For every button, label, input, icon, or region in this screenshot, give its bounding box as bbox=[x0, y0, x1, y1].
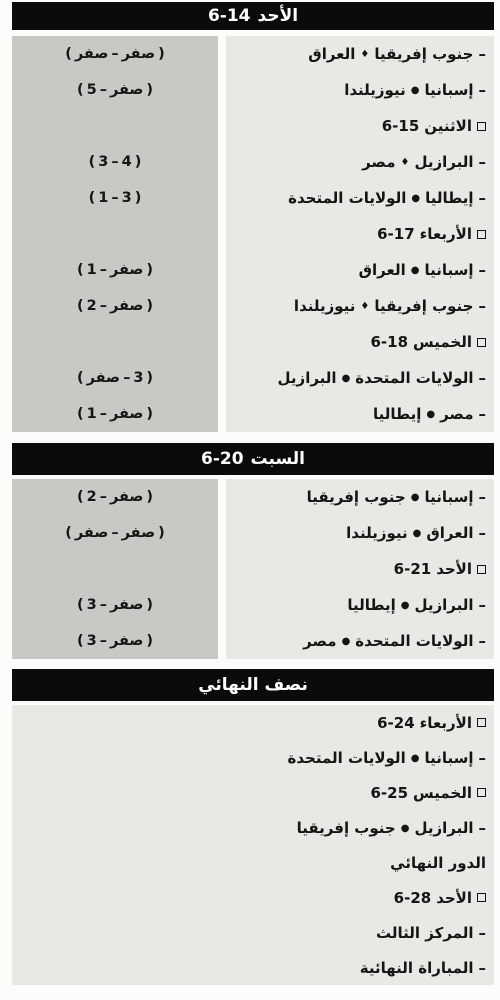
open-paren: ( bbox=[77, 597, 84, 613]
score-dash: – bbox=[111, 154, 118, 170]
match-row: –البرازيل♦مصر bbox=[226, 144, 494, 180]
score-cell: (3–4) bbox=[12, 144, 218, 180]
score-left-value: 2 bbox=[87, 298, 97, 314]
date-row: الاثنين6-15 bbox=[226, 108, 494, 144]
stage-label: الدور النهائي bbox=[12, 845, 494, 880]
date-value: 6-17 bbox=[377, 225, 415, 243]
match-row: –إسبانيا●نيوزيلندا bbox=[226, 72, 494, 108]
score-cell: (3–صفر) bbox=[12, 587, 218, 623]
dash-marker: – bbox=[479, 297, 487, 315]
team-name: مصر bbox=[440, 405, 473, 423]
header-date: 6-20 bbox=[201, 449, 244, 469]
day-name: الأربعاء bbox=[420, 714, 472, 732]
square-icon bbox=[477, 230, 486, 239]
dash-marker: – bbox=[479, 488, 487, 506]
day-name: الأربعاء bbox=[420, 225, 472, 243]
score-left-value: صفر bbox=[75, 525, 108, 541]
score-right-value: صفر bbox=[110, 262, 143, 278]
match-row: –إسبانيا●العراق bbox=[226, 252, 494, 288]
bullet-icon: ● bbox=[401, 824, 410, 834]
team-name: إيطاليا bbox=[425, 189, 473, 207]
team-name: الولايات المتحدة bbox=[355, 369, 473, 387]
match-column: –جنوب إفريقيا♦العراق–إسبانيا●نيوزيلنداال… bbox=[226, 36, 494, 432]
open-paren: ( bbox=[77, 298, 84, 314]
score-cell: (صفر–صفر) bbox=[12, 515, 218, 551]
score-dash: – bbox=[100, 298, 107, 314]
team-name: إيطاليا bbox=[347, 596, 395, 614]
close-paren: ) bbox=[135, 190, 142, 206]
score-dash: – bbox=[100, 406, 107, 422]
score-cell: (5–صفر) bbox=[12, 72, 218, 108]
stage-label-text: الدور النهائي bbox=[390, 854, 486, 872]
score-cell: (1–صفر) bbox=[12, 396, 218, 432]
score-right-value: صفر bbox=[110, 406, 143, 422]
dash-marker: – bbox=[479, 524, 487, 542]
open-paren: ( bbox=[77, 262, 84, 278]
section-body: (صفر–صفر)(5–صفر)(3–4)(1–3)(1–صفر)(2–صفر)… bbox=[12, 36, 494, 432]
team-name: العراق bbox=[426, 524, 473, 542]
dash-marker: – bbox=[479, 749, 487, 767]
score-dash: – bbox=[111, 190, 118, 206]
square-icon bbox=[477, 718, 486, 727]
team-name: البرازيل bbox=[278, 369, 337, 387]
newspaper-schedule-page: الأحد6-14(صفر–صفر)(5–صفر)(3–4)(1–3)(1–صف… bbox=[0, 0, 500, 1000]
item-label: المباراة النهائية bbox=[360, 959, 474, 977]
team-name: الولايات المتحدة bbox=[288, 189, 406, 207]
score-left-value: 5 bbox=[87, 82, 97, 98]
close-paren: ) bbox=[135, 154, 142, 170]
open-paren: ( bbox=[65, 46, 72, 62]
bullet-icon: ● bbox=[411, 493, 420, 503]
date-value: 6-15 bbox=[382, 117, 420, 135]
score-left-value: 1 bbox=[87, 262, 97, 278]
score-right-value: صفر bbox=[110, 298, 143, 314]
schedule: الأحد6-14(صفر–صفر)(5–صفر)(3–4)(1–3)(1–صف… bbox=[12, 2, 494, 985]
match-row: –إسبانيا●الولايات المتحدة bbox=[12, 740, 494, 775]
score-left-value: 2 bbox=[87, 489, 97, 505]
close-paren: ) bbox=[146, 262, 153, 278]
date-row: الأربعاء6-24 bbox=[12, 705, 494, 740]
match-row: –جنوب إفريقيا♦نيوزيلندا bbox=[226, 288, 494, 324]
score-left-value: 3 bbox=[98, 154, 108, 170]
dash-marker: – bbox=[479, 959, 487, 977]
match-row: –جنوب إفريقيا♦العراق bbox=[226, 36, 494, 72]
date-value: 6-18 bbox=[370, 333, 408, 351]
header-date: 6-14 bbox=[208, 6, 251, 26]
team-name: جنوب إفريقيا bbox=[297, 819, 396, 837]
date-value: 6-21 bbox=[394, 560, 432, 578]
score-right-value: صفر bbox=[110, 597, 143, 613]
dash-marker: – bbox=[479, 81, 487, 99]
score-cell: (1–صفر) bbox=[12, 252, 218, 288]
date-row: الأحد6-28 bbox=[12, 880, 494, 915]
score-right-value: صفر bbox=[110, 82, 143, 98]
score-right-value: صفر bbox=[122, 46, 155, 62]
match-row: –البرازيل●إيطاليا bbox=[226, 587, 494, 623]
close-paren: ) bbox=[146, 370, 153, 386]
section-body: (2–صفر)(صفر–صفر)(3–صفر)(3–صفر)–إسبانيا●ج… bbox=[12, 479, 494, 659]
square-icon bbox=[477, 565, 486, 574]
score-dash: – bbox=[111, 525, 118, 541]
date-value: 6-28 bbox=[394, 889, 432, 907]
section-header: الأحد6-14 bbox=[12, 2, 494, 30]
team-name: نيوزيلندا bbox=[344, 81, 405, 99]
close-paren: ) bbox=[146, 633, 153, 649]
dash-marker: – bbox=[479, 261, 487, 279]
close-paren: ) bbox=[146, 82, 153, 98]
team-name: العراق bbox=[308, 45, 355, 63]
bullet-icon: ● bbox=[401, 601, 410, 611]
team-name: الولايات المتحدة bbox=[355, 632, 473, 650]
date-row: الأحد6-21 bbox=[226, 551, 494, 587]
score-right-value: 3 bbox=[133, 370, 143, 386]
date-row: الخميس6-18 bbox=[226, 324, 494, 360]
score-dash: – bbox=[100, 82, 107, 98]
dash-marker: – bbox=[479, 369, 487, 387]
open-paren: ( bbox=[77, 633, 84, 649]
date-value: 6-24 bbox=[377, 714, 415, 732]
bullet-icon: ● bbox=[411, 86, 420, 96]
section-body: الأربعاء6-24–إسبانيا●الولايات المتحدةالخ… bbox=[12, 705, 494, 985]
diamond-icon: ♦ bbox=[360, 302, 369, 312]
section-header: السبت6-20 bbox=[12, 443, 494, 475]
bullet-icon: ● bbox=[411, 194, 420, 204]
team-name: إسبانيا bbox=[424, 261, 473, 279]
bullet-icon: ● bbox=[342, 374, 351, 384]
team-name: الولايات المتحدة bbox=[288, 749, 406, 767]
square-icon bbox=[477, 788, 486, 797]
match-row: –العراق●نيوزيلندا bbox=[226, 515, 494, 551]
score-left-value: 1 bbox=[98, 190, 108, 206]
team-name: البرازيل bbox=[414, 153, 473, 171]
score-cell: (صفر–3) bbox=[12, 360, 218, 396]
open-paren: ( bbox=[65, 525, 72, 541]
close-paren: ) bbox=[158, 525, 165, 541]
team-name: جنوب إفريقيا bbox=[374, 297, 473, 315]
score-cell bbox=[12, 551, 218, 587]
open-paren: ( bbox=[77, 406, 84, 422]
score-left-value: 3 bbox=[87, 597, 97, 613]
dash-marker: – bbox=[479, 596, 487, 614]
score-cell bbox=[12, 108, 218, 144]
score-left-value: 3 bbox=[87, 633, 97, 649]
score-cell: (1–3) bbox=[12, 180, 218, 216]
section-title: نصف النهائي bbox=[198, 675, 308, 695]
match-row: –مصر●إيطاليا bbox=[226, 396, 494, 432]
team-name: مصر bbox=[303, 632, 336, 650]
day-name: الاثنين bbox=[424, 117, 472, 135]
team-name: البرازيل bbox=[414, 596, 473, 614]
score-right-value: صفر bbox=[122, 525, 155, 541]
open-paren: ( bbox=[77, 370, 84, 386]
score-right-value: 3 bbox=[122, 190, 132, 206]
day-name: الأحد bbox=[436, 889, 472, 907]
close-paren: ) bbox=[146, 298, 153, 314]
score-dash: – bbox=[100, 489, 107, 505]
bullet-icon: ● bbox=[342, 637, 351, 647]
match-column: –إسبانيا●جنوب إفريقيا–العراق●نيوزيلنداال… bbox=[226, 479, 494, 659]
open-paren: ( bbox=[77, 489, 84, 505]
bullet-icon: ● bbox=[411, 754, 420, 764]
list-item: –المركز الثالث bbox=[12, 915, 494, 950]
close-paren: ) bbox=[146, 406, 153, 422]
team-name: مصر bbox=[362, 153, 395, 171]
dash-marker: – bbox=[479, 405, 487, 423]
team-name: جنوب إفريقيا bbox=[374, 45, 473, 63]
score-right-value: صفر bbox=[110, 633, 143, 649]
match-row: –الولايات المتحدة●البرازيل bbox=[226, 360, 494, 396]
score-cell: (3–صفر) bbox=[12, 623, 218, 659]
dash-marker: – bbox=[479, 924, 487, 942]
open-paren: ( bbox=[89, 190, 96, 206]
score-left-value: صفر bbox=[87, 370, 120, 386]
team-name: البرازيل bbox=[414, 819, 473, 837]
item-label: المركز الثالث bbox=[376, 924, 473, 942]
score-dash: – bbox=[100, 262, 107, 278]
score-dash: – bbox=[123, 370, 130, 386]
bullet-icon: ● bbox=[411, 266, 420, 276]
score-column: (2–صفر)(صفر–صفر)(3–صفر)(3–صفر) bbox=[12, 479, 218, 659]
team-name: إسبانيا bbox=[424, 749, 473, 767]
score-cell: (صفر–صفر) bbox=[12, 36, 218, 72]
header-day: الأحد bbox=[258, 6, 299, 26]
team-name: نيوزيلندا bbox=[294, 297, 355, 315]
diamond-icon: ♦ bbox=[401, 158, 410, 168]
team-name: نيوزيلندا bbox=[346, 524, 407, 542]
bullet-icon: ● bbox=[413, 529, 422, 539]
score-dash: – bbox=[111, 46, 118, 62]
dash-marker: – bbox=[479, 189, 487, 207]
close-paren: ) bbox=[146, 489, 153, 505]
dash-marker: – bbox=[479, 153, 487, 171]
match-column: الأربعاء6-24–إسبانيا●الولايات المتحدةالخ… bbox=[12, 705, 494, 985]
score-left-value: 1 bbox=[87, 406, 97, 422]
date-row: الأربعاء6-17 bbox=[226, 216, 494, 252]
close-paren: ) bbox=[158, 46, 165, 62]
section-header: نصف النهائي bbox=[12, 669, 494, 701]
square-icon bbox=[477, 893, 486, 902]
score-cell bbox=[12, 216, 218, 252]
match-row: –إيطاليا●الولايات المتحدة bbox=[226, 180, 494, 216]
score-column: (صفر–صفر)(5–صفر)(3–4)(1–3)(1–صفر)(2–صفر)… bbox=[12, 36, 218, 432]
dash-marker: – bbox=[479, 819, 487, 837]
team-name: إيطاليا bbox=[373, 405, 421, 423]
score-dash: – bbox=[100, 633, 107, 649]
list-item: –المباراة النهائية bbox=[12, 950, 494, 985]
score-cell: (2–صفر) bbox=[12, 479, 218, 515]
score-dash: – bbox=[100, 597, 107, 613]
team-name: العراق bbox=[359, 261, 406, 279]
team-name: إسبانيا bbox=[424, 81, 473, 99]
day-name: الخميس bbox=[413, 784, 472, 802]
score-right-value: 4 bbox=[122, 154, 132, 170]
team-name: إسبانيا bbox=[424, 488, 473, 506]
match-row: –الولايات المتحدة●مصر bbox=[226, 623, 494, 659]
square-icon bbox=[477, 122, 486, 131]
header-day: السبت bbox=[251, 449, 305, 469]
dash-marker: – bbox=[479, 632, 487, 650]
square-icon bbox=[477, 338, 486, 347]
score-cell: (2–صفر) bbox=[12, 288, 218, 324]
score-left-value: صفر bbox=[75, 46, 108, 62]
match-row: –إسبانيا●جنوب إفريقيا bbox=[226, 479, 494, 515]
day-name: الخميس bbox=[413, 333, 472, 351]
open-paren: ( bbox=[77, 82, 84, 98]
close-paren: ) bbox=[146, 597, 153, 613]
diamond-icon: ♦ bbox=[360, 50, 369, 60]
open-paren: ( bbox=[89, 154, 96, 170]
day-name: الأحد bbox=[436, 560, 472, 578]
team-name: جنوب إفريقيا bbox=[307, 488, 406, 506]
score-right-value: صفر bbox=[110, 489, 143, 505]
match-row: –البرازيل●جنوب إفريقيا bbox=[12, 810, 494, 845]
dash-marker: – bbox=[479, 45, 487, 63]
score-cell bbox=[12, 324, 218, 360]
date-value: 6-25 bbox=[370, 784, 408, 802]
bullet-icon: ● bbox=[426, 410, 435, 420]
date-row: الخميس6-25 bbox=[12, 775, 494, 810]
